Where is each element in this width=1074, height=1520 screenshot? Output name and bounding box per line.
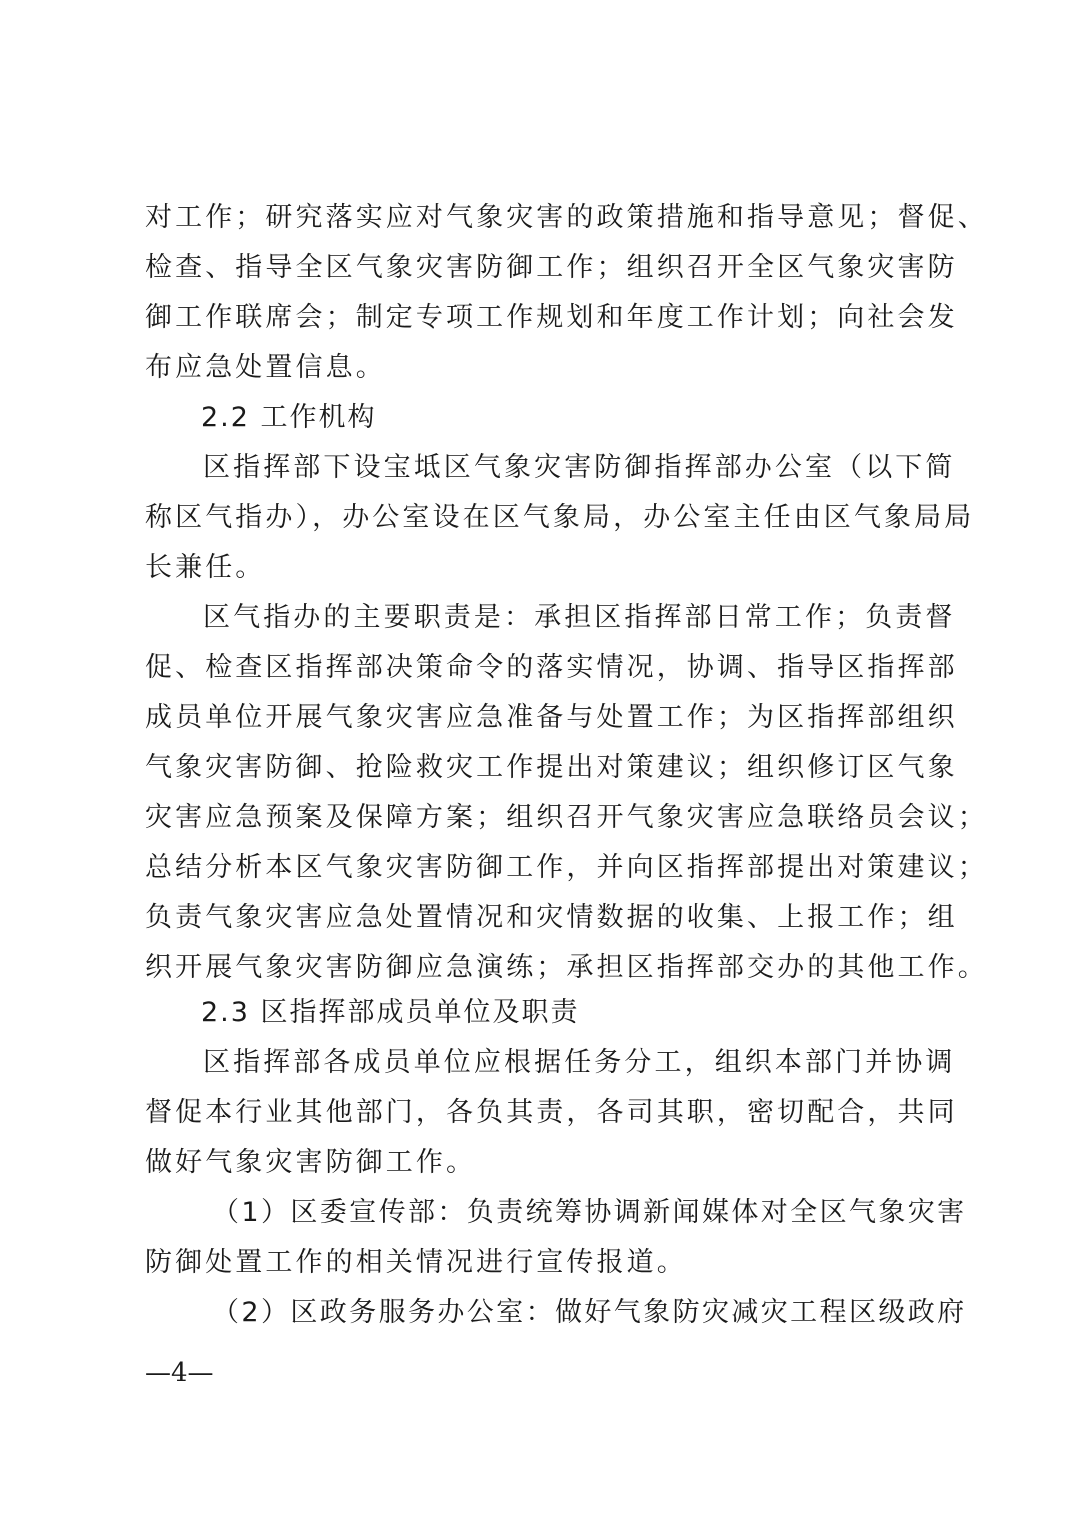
paragraph-line: 布应急处置信息。: [145, 348, 935, 388]
paragraph-line: 做好气象灾害防御工作。: [145, 1143, 935, 1183]
paragraph-line: 区指挥部下设宝坻区气象灾害防御指挥部办公室（以下简: [203, 448, 935, 488]
paragraph-line: 负责气象灾害应急处置情况和灾情数据的收集、上报工作；组: [145, 898, 935, 938]
paragraph-line: 总结分析本区气象灾害防御工作，并向区指挥部提出对策建议；: [145, 848, 935, 888]
page-number: —4—: [145, 1355, 214, 1391]
list-item-line: （2）区政务服务办公室：做好气象防灾减灾工程区级政府: [212, 1293, 935, 1333]
paragraph-line: 对工作；研究落实应对气象灾害的政策措施和指导意见；督促、: [145, 198, 935, 238]
paragraph-line: 督促本行业其他部门，各负其责，各司其职，密切配合，共同: [145, 1093, 935, 1133]
list-item-line: 防御处置工作的相关情况进行宣传报道。: [145, 1243, 935, 1283]
section-heading-2-2: 2.2 工作机构: [201, 398, 377, 438]
paragraph-line: 成员单位开展气象灾害应急准备与处置工作；为区指挥部组织: [145, 698, 935, 738]
paragraph-line: 御工作联席会；制定专项工作规划和年度工作计划；向社会发: [145, 298, 935, 338]
paragraph-line: 检查、指导全区气象灾害防御工作；组织召开全区气象灾害防: [145, 248, 935, 288]
paragraph-line: 区气指办的主要职责是：承担区指挥部日常工作；负责督: [203, 598, 935, 638]
section-heading-2-3: 2.3 区指挥部成员单位及职责: [201, 993, 580, 1033]
paragraph-line: 气象灾害防御、抢险救灾工作提出对策建议；组织修订区气象: [145, 748, 935, 788]
list-item-line: （1）区委宣传部：负责统筹协调新闻媒体对全区气象灾害: [212, 1193, 935, 1233]
paragraph-line: 灾害应急预案及保障方案；组织召开气象灾害应急联络员会议；: [145, 798, 935, 838]
paragraph-line: 长兼任。: [145, 548, 935, 588]
paragraph-line: 织开展气象灾害防御应急演练；承担区指挥部交办的其他工作。: [145, 948, 935, 988]
paragraph-line: 促、检查区指挥部决策命令的落实情况，协调、指导区指挥部: [145, 648, 935, 688]
document-page: 对工作；研究落实应对气象灾害的政策措施和指导意见；督促、 检查、指导全区气象灾害…: [0, 0, 1074, 1520]
paragraph-line: 称区气指办），办公室设在区气象局，办公室主任由区气象局局: [145, 498, 935, 538]
paragraph-line: 区指挥部各成员单位应根据任务分工，组织本部门并协调: [203, 1043, 935, 1083]
